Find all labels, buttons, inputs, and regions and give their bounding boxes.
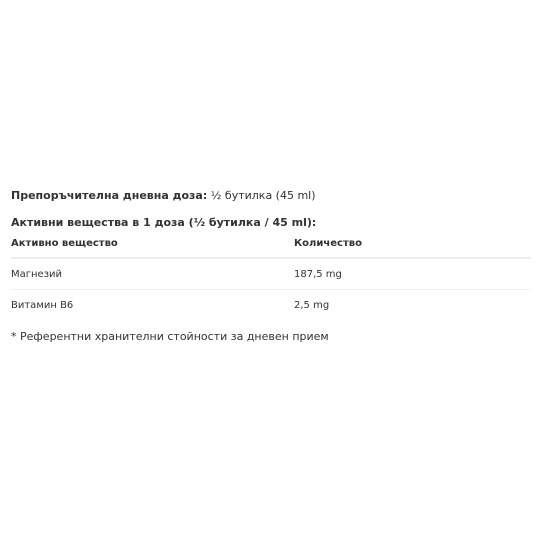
table-header-row: Активно вещество Количество [11, 234, 531, 258]
column-header-substance: Активно вещество [11, 234, 294, 258]
active-substances-title: Активни вещества в 1 доза (½ бутилка / 4… [11, 216, 531, 230]
substance-amount: 2,5 mg [294, 290, 531, 321]
table-row: Магнезий 187,5 mg [11, 258, 531, 290]
substance-name: Магнезий [11, 258, 294, 290]
dose-value: ½ бутилка (45 ml) [211, 189, 316, 202]
active-substances-table: Активно вещество Количество Магнезий 187… [11, 234, 531, 320]
substance-name: Витамин В6 [11, 290, 294, 321]
substance-amount: 187,5 mg [294, 258, 531, 290]
table-row: Витамин В6 2,5 mg [11, 290, 531, 321]
column-header-amount: Количество [294, 234, 531, 258]
product-nutrition-info: Препоръчителна дневна доза: ½ бутилка (4… [11, 189, 531, 355]
reference-values-footnote: * Референтни хранителни стойности за дне… [11, 330, 531, 344]
recommended-daily-dose: Препоръчителна дневна доза: ½ бутилка (4… [11, 189, 531, 203]
dose-label: Препоръчителна дневна доза: [11, 189, 207, 202]
